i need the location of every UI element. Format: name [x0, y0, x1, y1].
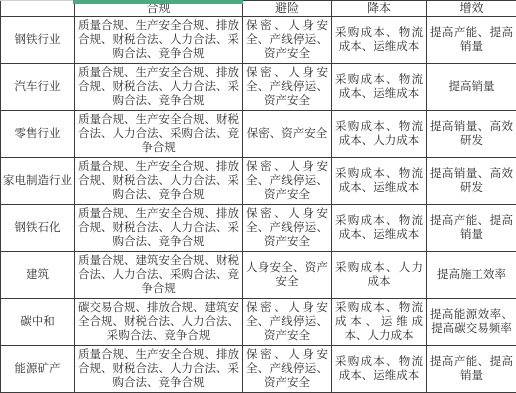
corner-cell: [1, 1, 75, 17]
cell-efficiency: 提高产能、提高销量: [427, 17, 516, 64]
cell-risk: 保密、人身安全、产线停运、资产安全: [243, 299, 332, 346]
row-header-industry: 钢铁石化: [1, 205, 75, 252]
cell-compliance: 质量合规、生产安全合规、排放合规、财税合法、人力合法、采购合法、竞争合规: [75, 17, 243, 64]
cell-efficiency: 提高能源效率、提高碳交易频率: [427, 299, 516, 346]
cell-risk: 人身安全、资产安全: [243, 252, 332, 299]
cell-risk: 保密、人身安全、产线停运、资产安全: [243, 64, 332, 111]
cell-cost: 采购成本、人力成本: [332, 252, 427, 299]
cell-risk: 保密、人身安全、产线停运、资产安全: [243, 158, 332, 205]
table-row-carbon-neutrality: 碳中和 碳交易合规、排放合规、建筑安全合规、财税合法、人力合法、采购合法、竞争合…: [1, 299, 516, 346]
cell-compliance: 质量合规、生产安全合规、排放合规、财税合法、人力合法、采购合法、竞争合规: [75, 158, 243, 205]
col-header-efficiency: 增效: [427, 1, 516, 17]
cell-cost: 采购成本、物流成本、运维成本、人力成本: [332, 299, 427, 346]
industry-table-screenshot: 合规 避险 降本 增效 钢铁行业 质量合规、生产安全合规、排放合规、财税合法、人…: [0, 0, 516, 393]
cell-cost: 采购成本、物流成本、运维成本: [332, 346, 427, 393]
cell-compliance: 质量合规、生产安全合规、排放合规、财税合法、人力合法、采购合法、竞争合规: [75, 346, 243, 393]
row-header-industry: 建筑: [1, 252, 75, 299]
cell-risk: 保密、资产安全: [243, 111, 332, 158]
cell-compliance: 质量合规、生产安全合规、财税合法、人力合法、采购合法、竞争合规: [75, 111, 243, 158]
cell-risk: 保密、人身安全、产线停运、资产安全: [243, 346, 332, 393]
table-row-appliance-manufacturing: 家电制造行业 质量合规、生产安全合规、排放合规、财税合法、人力合法、采购合法、竞…: [1, 158, 516, 205]
cell-cost: 采购成本、物流成本、运维成本: [332, 64, 427, 111]
cell-compliance: 质量合规、生产安全合规、排放合规、财税合法、人力合法、采购合法、竞争合规: [75, 205, 243, 252]
table-row-steel-petrochemical: 钢铁石化 质量合规、生产安全合规、排放合规、财税合法、人力合法、采购合法、竞争合…: [1, 205, 516, 252]
cell-risk: 保密、人身安全、产线停运、资产安全: [243, 205, 332, 252]
cell-cost: 采购成本、物流成本、运维成本: [332, 17, 427, 64]
table-row-construction: 建筑 质量合规、建筑安全合规、财税合法、人力合法、采购合法、竞争合规 人身安全、…: [1, 252, 516, 299]
cell-compliance: 碳交易合规、排放合规、建筑安全合规、财税合法、人力合法、采购合法、竞争合规: [75, 299, 243, 346]
cell-efficiency: 提高施工效率: [427, 252, 516, 299]
row-header-industry: 能源矿产: [1, 346, 75, 393]
col-header-risk-avoidance: 避险: [243, 1, 332, 17]
row-header-industry: 碳中和: [1, 299, 75, 346]
row-header-industry: 汽车行业: [1, 64, 75, 111]
table-row-retail: 零售行业 质量合规、生产安全合规、财税合法、人力合法、采购合法、竞争合规 保密、…: [1, 111, 516, 158]
cell-compliance: 质量合规、建筑安全合规、财税合法、人力合法、采购合法、竞争合规: [75, 252, 243, 299]
table-row-automotive: 汽车行业 质量合规、生产安全合规、排放合规、财税合法、人力合法、采购合法、竞争合…: [1, 64, 516, 111]
col-header-cost-reduction: 降本: [332, 1, 427, 17]
column-selection-highlight: [73, 0, 243, 4]
industry-security-table: 合规 避险 降本 增效 钢铁行业 质量合规、生产安全合规、排放合规、财税合法、人…: [0, 0, 516, 393]
row-header-industry: 零售行业: [1, 111, 75, 158]
cell-compliance: 质量合规、生产安全合规、排放合规、财税合法、人力合法、采购合法、竞争合规: [75, 64, 243, 111]
cell-cost: 采购成本、物流成本、运维成本: [332, 205, 427, 252]
table-row-steel: 钢铁行业 质量合规、生产安全合规、排放合规、财税合法、人力合法、采购合法、竞争合…: [1, 17, 516, 64]
row-header-industry: 钢铁行业: [1, 17, 75, 64]
row-header-industry: 家电制造行业: [1, 158, 75, 205]
cell-cost: 采购成本、物流成本、人力成本: [332, 111, 427, 158]
cell-risk: 保密、人身安全、产线停运、资产安全: [243, 17, 332, 64]
cell-efficiency: 提高产能、提高销量: [427, 205, 516, 252]
cell-efficiency: 提高销量、高效研发: [427, 158, 516, 205]
cell-cost: 采购成本、物流成本、运维成本: [332, 158, 427, 205]
cell-efficiency: 提高销量: [427, 64, 516, 111]
table-row-energy-minerals: 能源矿产 质量合规、生产安全合规、排放合规、财税合法、人力合法、采购合法、竞争合…: [1, 346, 516, 393]
cell-efficiency: 提高产能、提高销量: [427, 346, 516, 393]
cell-efficiency: 提高销量、高效研发: [427, 111, 516, 158]
